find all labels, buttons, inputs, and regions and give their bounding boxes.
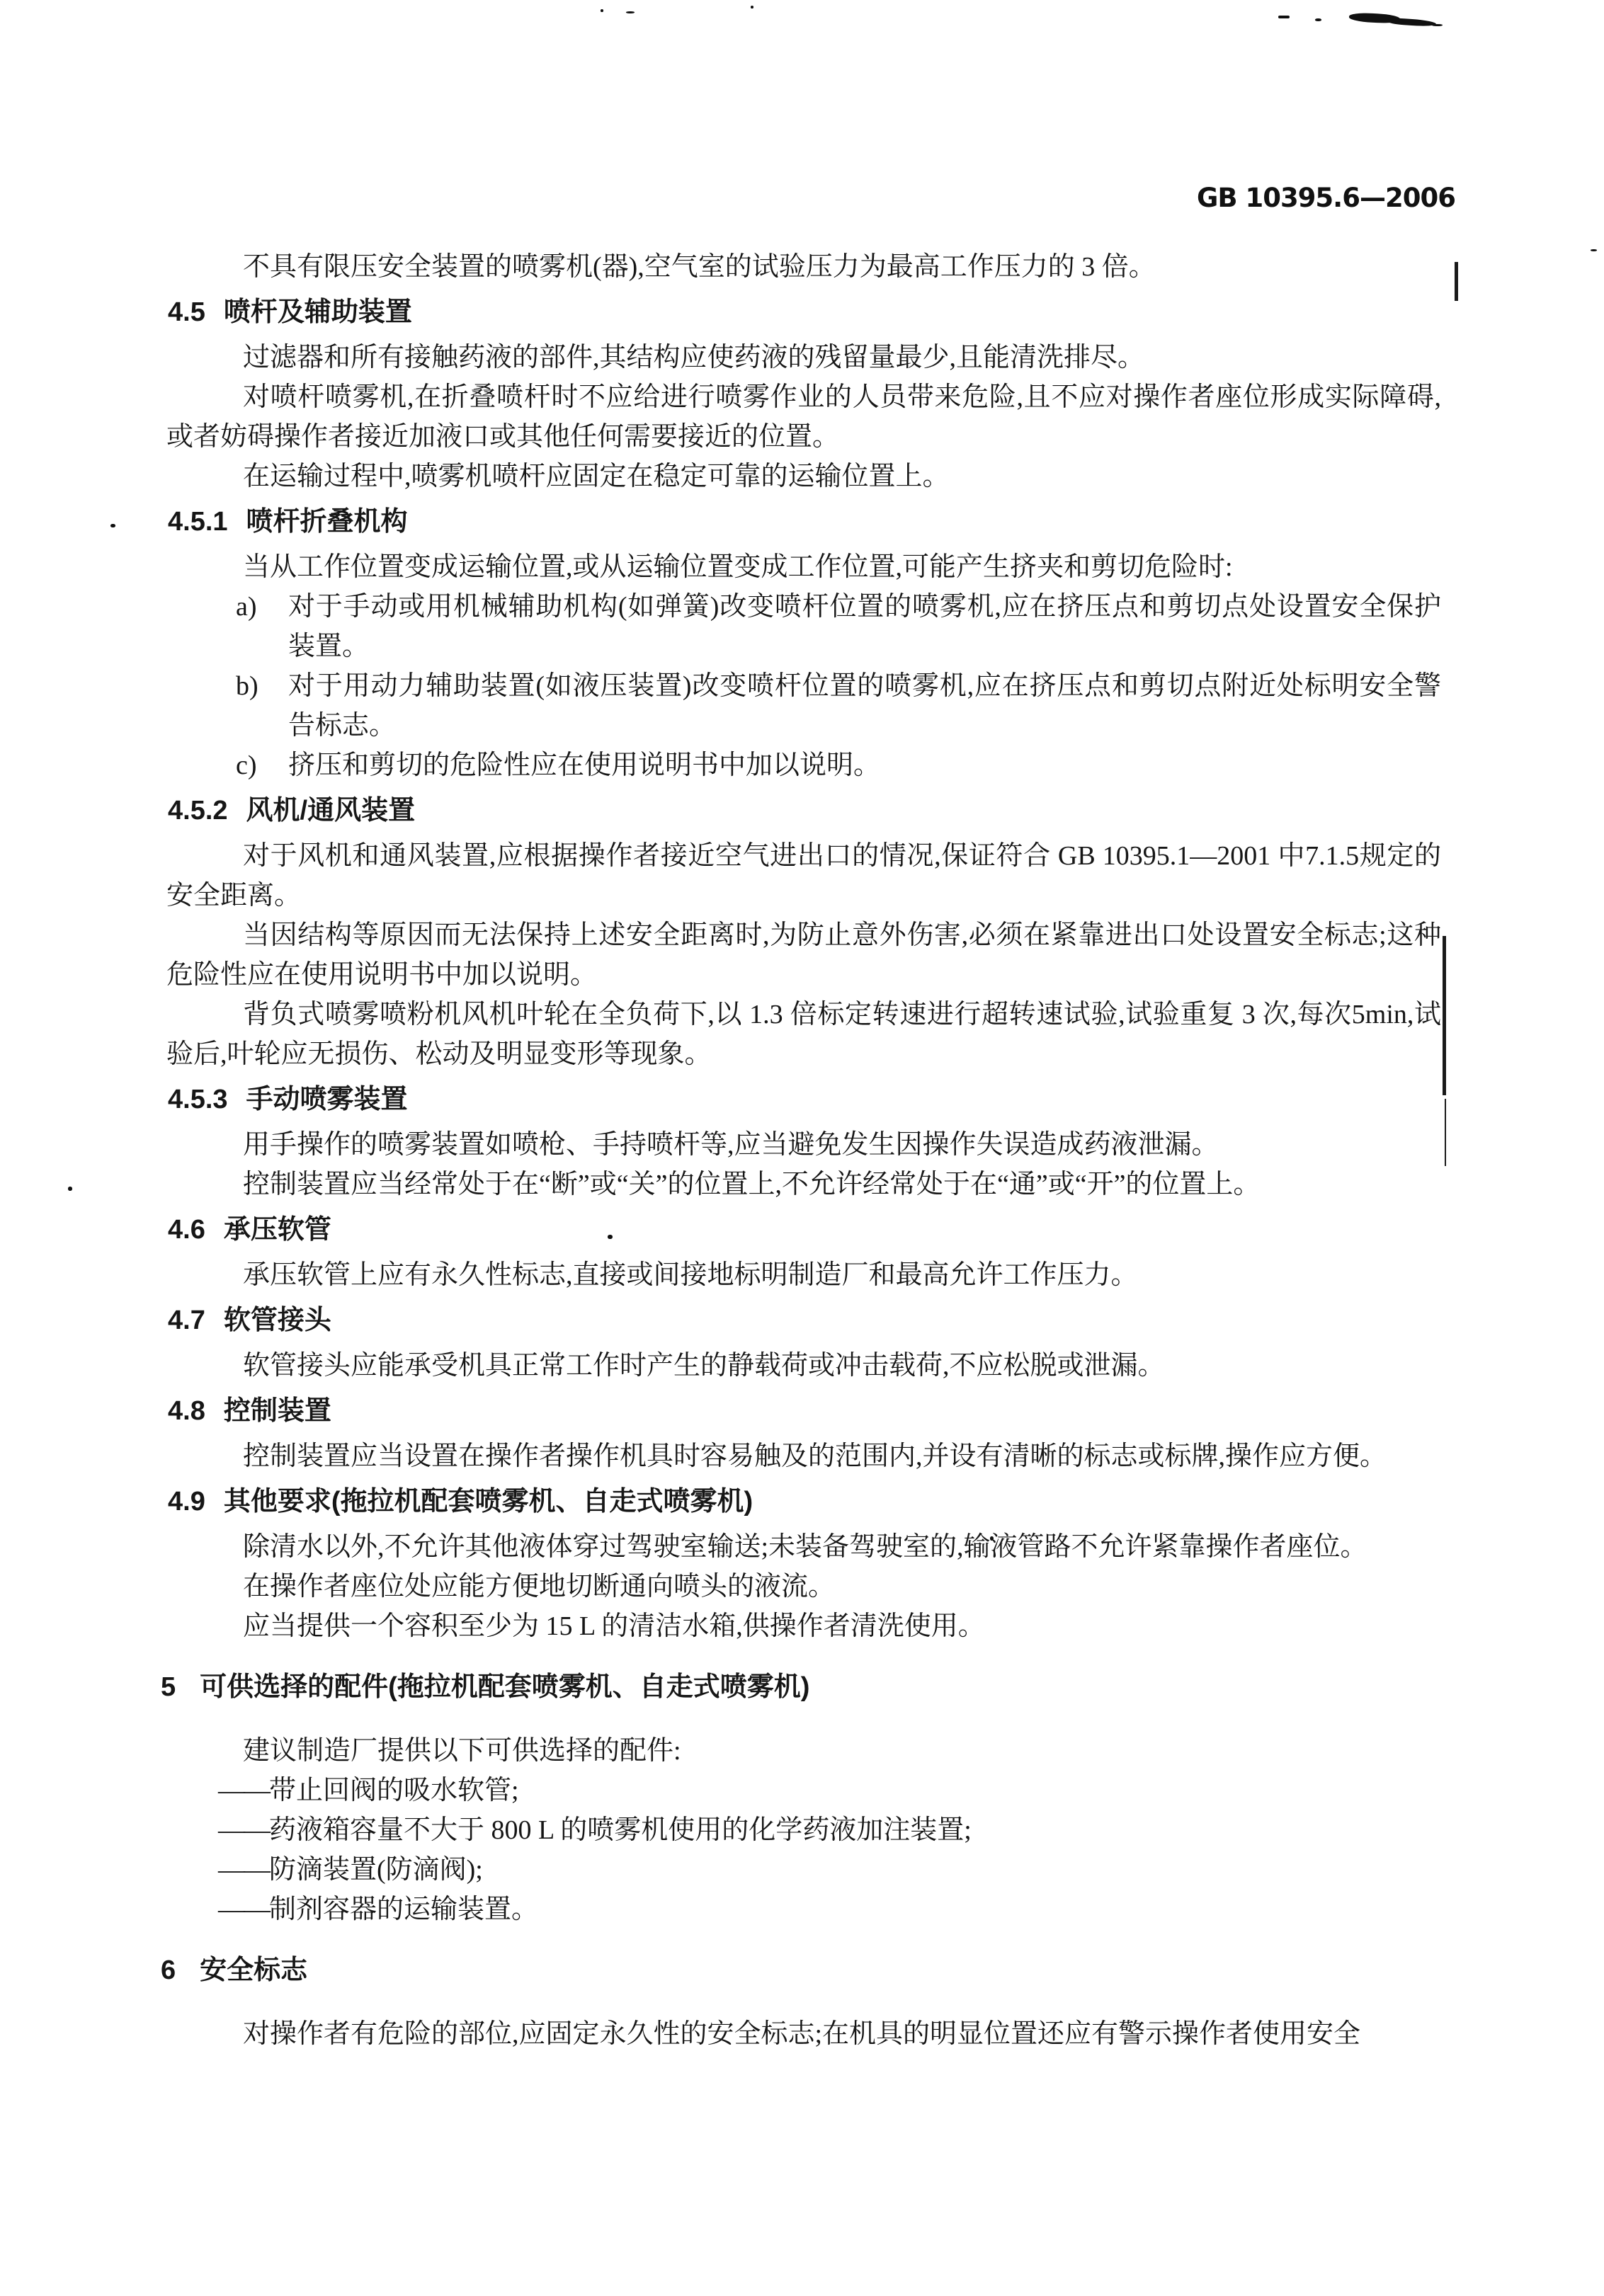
scan-dot	[1591, 249, 1597, 251]
list-item-text: 对于手动或用机械辅助机构(如弹簧)改变喷杆位置的喷雾机,应在挤压点和剪切点处设置…	[288, 592, 1441, 661]
heading-title: 可供选择的配件(拖拉机配套喷雾机、自走式喷雾机)	[200, 1672, 809, 1702]
dash-list-item: ——制剂容器的运输装置。	[166, 1890, 1441, 1929]
list-item-text: 挤压和剪切的危险性应在使用说明书中加以说明。	[288, 750, 880, 780]
heading-title: 控制装置	[224, 1396, 331, 1426]
list-item-marker: a)	[236, 587, 257, 627]
paragraph: 对于风机和通风装置,应根据操作者接近空气进出口的情况,保证符合 GB 10395…	[166, 836, 1441, 915]
scan-smudge	[1278, 16, 1290, 18]
heading-title: 承压软管	[224, 1215, 331, 1245]
list-item-text: 制剂容器的运输装置。	[269, 1895, 538, 1924]
section-heading-4.6: 4.6承压软管	[166, 1210, 1441, 1250]
scan-dot	[110, 524, 115, 527]
list-item-text: 药液箱容量不大于 800 L 的喷雾机使用的化学药液加注装置;	[269, 1815, 972, 1845]
paragraph: 承压软管上应有永久性标志,直接或间接地标明制造厂和最高允许工作压力。	[166, 1255, 1441, 1295]
paragraph: 背负式喷雾喷粉机风机叶轮在全负荷下,以 1.3 倍标定转速进行超转速试验,试验重…	[166, 995, 1441, 1074]
paragraph: 不具有限压安全装置的喷雾机(器),空气室的试验压力为最高工作压力的 3 倍。	[166, 247, 1441, 287]
heading-number: 4.5.3	[168, 1080, 228, 1119]
heading-title: 安全标志	[200, 1955, 307, 1985]
paragraph: 控制装置应当设置在操作者操作机具时容易触及的范围内,并设有清晰的标志或标牌,操作…	[166, 1437, 1441, 1476]
heading-number: 5	[161, 1667, 176, 1707]
heading-number: 4.5.1	[168, 502, 228, 542]
scan-smudge	[1388, 18, 1436, 28]
list-item-marker: c)	[236, 746, 257, 785]
paragraph: 对喷杆喷雾机,在折叠喷杆时不应给进行喷雾作业的人员带来危险,且不应对操作者座位形…	[166, 377, 1441, 457]
paragraph: 除清水以外,不允许其他液体穿过驾驶室输送;未装备驾驶室的,输液管路不允许紧靠操作…	[166, 1527, 1441, 1567]
list-item-marker: b)	[236, 666, 258, 706]
dash-list-item: ——带止回阀的吸水软管;	[166, 1771, 1441, 1810]
doc-number: GB 10395.6—2006	[1197, 183, 1455, 213]
scan-smudge	[1315, 18, 1321, 21]
heading-title: 软管接头	[224, 1306, 331, 1335]
lettered-list-item: a)对于手动或用机械辅助机构(如弹簧)改变喷杆位置的喷雾机,应在挤压点和剪切点处…	[166, 587, 1441, 666]
scan-dot	[608, 1235, 613, 1239]
paragraph: 当从工作位置变成运输位置,或从运输位置变成工作位置,可能产生挤夹和剪切危险时:	[166, 547, 1441, 587]
scan-dot	[751, 6, 753, 8]
heading-number: 4.5.2	[168, 791, 228, 830]
dash-marker: ——	[218, 1895, 269, 1924]
heading-title: 喷杆及辅助装置	[224, 297, 412, 327]
document-body: 不具有限压安全装置的喷雾机(器),空气室的试验压力为最高工作压力的 3 倍。4.…	[166, 247, 1441, 2054]
paragraph: 控制装置应当经常处于在“断”或“关”的位置上,不允许经常处于在“通”或“开”的位…	[166, 1165, 1441, 1204]
dash-marker: ——	[218, 1776, 269, 1805]
lettered-list-item: b)对于用动力辅助装置(如液压装置)改变喷杆位置的喷雾机,应在挤压点和剪切点附近…	[166, 666, 1441, 746]
paragraph: 应当提供一个容积至少为 15 L 的清洁水箱,供操作者清洗使用。	[166, 1606, 1441, 1646]
section-heading-4.9: 4.9其他要求(拖拉机配套喷雾机、自走式喷雾机)	[166, 1482, 1441, 1521]
lettered-list-item: c)挤压和剪切的危险性应在使用说明书中加以说明。	[166, 746, 1441, 785]
heading-number: 4.5	[168, 292, 205, 332]
paragraph: 建议制造厂提供以下可供选择的配件:	[166, 1731, 1441, 1771]
section-heading-4.5: 4.5喷杆及辅助装置	[166, 292, 1441, 332]
section-heading-4.7: 4.7软管接头	[166, 1301, 1441, 1340]
list-item-text: 对于用动力辅助装置(如液压装置)改变喷杆位置的喷雾机,应在挤压点和剪切点附近处标…	[288, 671, 1441, 741]
section-heading-4.5.3: 4.5.3手动喷雾装置	[166, 1080, 1441, 1119]
heading-number: 6	[161, 1951, 176, 1990]
dash-marker: ——	[218, 1815, 269, 1845]
heading-title: 其他要求(拖拉机配套喷雾机、自走式喷雾机)	[224, 1487, 753, 1517]
scan-dot	[601, 9, 603, 12]
scanned-standard-page: { "page": { "doc_number": "GB 10395.6—20…	[0, 0, 1604, 2296]
list-item-text: 带止回阀的吸水软管;	[269, 1776, 519, 1805]
dash-marker: ——	[218, 1855, 269, 1885]
section-heading-4.5.2: 4.5.2风机/通风装置	[166, 791, 1441, 830]
paragraph: 软管接头应能承受机具正常工作时产生的静载荷或冲击载荷,不应松脱或泄漏。	[166, 1346, 1441, 1386]
change-bar	[1445, 1099, 1446, 1166]
scan-dot	[68, 1187, 72, 1191]
section-heading-4.8: 4.8控制装置	[166, 1391, 1441, 1431]
chapter-heading-6: 6安全标志	[166, 1951, 1441, 1990]
dash-list-item: ——药液箱容量不大于 800 L 的喷雾机使用的化学药液加注装置;	[166, 1810, 1441, 1850]
heading-number: 4.8	[168, 1391, 205, 1431]
heading-number: 4.7	[168, 1301, 205, 1340]
paragraph: 在操作者座位处应能方便地切断通向喷头的液流。	[166, 1567, 1441, 1606]
scan-dot	[626, 11, 635, 13]
list-item-text: 防滴装置(防滴阀);	[269, 1855, 483, 1885]
heading-number: 4.9	[168, 1482, 205, 1521]
paragraph: 对操作者有危险的部位,应固定永久性的安全标志;在机具的明显位置还应有警示操作者使…	[166, 2014, 1441, 2054]
chapter-heading-5: 5可供选择的配件(拖拉机配套喷雾机、自走式喷雾机)	[166, 1667, 1441, 1707]
scan-smudge	[1432, 24, 1443, 26]
heading-number: 4.6	[168, 1210, 205, 1250]
dash-list-item: ——防滴装置(防滴阀);	[166, 1850, 1441, 1890]
paragraph: 在运输过程中,喷雾机喷杆应固定在稳定可靠的运输位置上。	[166, 457, 1441, 496]
paragraph: 当因结构等原因而无法保持上述安全距离时,为防止意外伤害,必须在紧靠进出口处设置安…	[166, 915, 1441, 995]
paragraph: 用手操作的喷雾装置如喷枪、手持喷杆等,应当避免发生因操作失误造成药液泄漏。	[166, 1125, 1441, 1165]
heading-title: 风机/通风装置	[246, 796, 416, 826]
heading-title: 手动喷雾装置	[246, 1085, 408, 1114]
paragraph: 过滤器和所有接触药液的部件,其结构应使药液的残留量最少,且能清洗排尽。	[166, 338, 1441, 377]
change-bar	[1455, 262, 1458, 301]
scan-dot	[990, 1536, 994, 1541]
section-heading-4.5.1: 4.5.1喷杆折叠机构	[166, 502, 1441, 542]
heading-title: 喷杆折叠机构	[246, 507, 408, 537]
change-bar	[1443, 936, 1446, 1095]
